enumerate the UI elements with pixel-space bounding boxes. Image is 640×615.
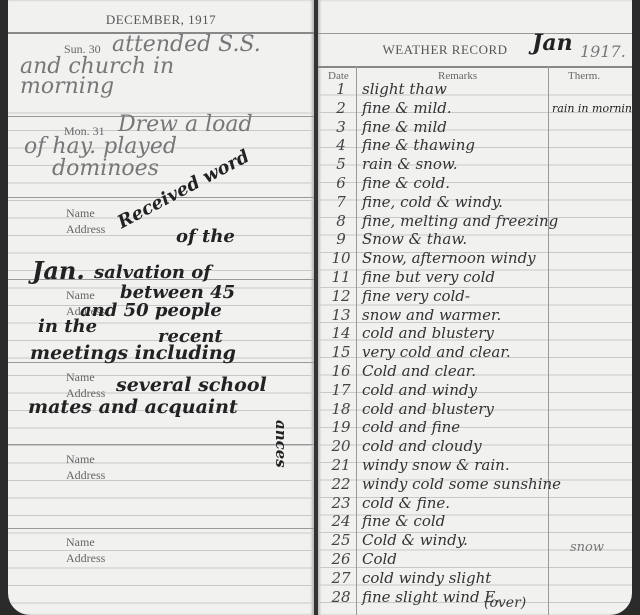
weather-remarks: fine & cold.: [362, 174, 450, 192]
weather-date: 20: [330, 437, 352, 455]
weather-row: 24fine & cold: [318, 512, 632, 530]
weather-date: 6: [330, 174, 352, 192]
weather-row: 14cold and blustery: [318, 324, 632, 342]
note-line: salvation of: [94, 262, 211, 283]
weather-date: 27: [330, 569, 352, 587]
weather-remarks: fine but very cold: [362, 268, 495, 286]
over-note: (over): [484, 595, 526, 611]
weather-row: 16Cold and clear.: [318, 362, 632, 380]
name-label: Name: [66, 370, 95, 385]
weather-remarks: Snow & thaw.: [362, 230, 467, 248]
weather-row: 28fine slight wind E.: [318, 588, 632, 606]
weather-remarks: cold and fine: [362, 418, 460, 436]
weather-row: 21windy snow & rain.: [318, 456, 632, 474]
weather-date: 3: [330, 118, 352, 136]
weather-date: 15: [330, 343, 352, 361]
weather-remarks: fine & cold: [362, 512, 445, 530]
left-page: DECEMBER, 1917 Sun. 30 attended S.S. and…: [8, 0, 314, 615]
separator: [8, 528, 314, 529]
weather-row: 4fine & thawing: [318, 136, 632, 154]
note-line: of the: [176, 226, 235, 247]
weather-row: 18cold and blustery: [318, 400, 632, 418]
note-line: mates and acquaint: [28, 396, 238, 418]
note-line: meetings including: [30, 342, 236, 364]
weather-row: 1slight thaw: [318, 80, 632, 98]
therm-note: rain in morning: [552, 102, 632, 115]
weather-date: 12: [330, 287, 352, 305]
weather-remarks: cold and blustery: [362, 324, 494, 342]
weather-row: 5rain & snow.: [318, 155, 632, 173]
address-label: Address: [66, 222, 105, 237]
weather-remarks: cold & fine.: [362, 494, 450, 512]
weather-row: 17cold and windy: [318, 381, 632, 399]
weather-date: 9: [330, 230, 352, 248]
separator: [318, 33, 632, 34]
weather-remarks: Cold & windy.: [362, 531, 468, 549]
weather-remarks: fine & mild: [362, 118, 447, 136]
weather-date: 22: [330, 475, 352, 493]
weather-date: 16: [330, 362, 352, 380]
weather-row: 13snow and warmer.: [318, 306, 632, 324]
weather-remarks: fine & thawing: [362, 136, 475, 154]
weather-row: 10Snow, afternoon windy: [318, 249, 632, 267]
entry-line: morning: [20, 74, 114, 99]
weather-remarks: windy cold some sunshine: [362, 475, 561, 493]
weather-row: 23cold & fine.: [318, 494, 632, 512]
weather-remarks: rain & snow.: [362, 155, 458, 173]
weather-date: 26: [330, 550, 352, 568]
weather-row: 22windy cold some sunshine: [318, 475, 632, 493]
margin-note-label: Jan.: [32, 256, 85, 285]
weather-row: 6fine & cold.: [318, 174, 632, 192]
handwritten-year: 1917.: [580, 42, 626, 61]
right-page: WEATHER RECORD Jan 1917. Date Remarks Th…: [318, 0, 632, 615]
weather-remarks: cold windy slight: [362, 569, 491, 587]
weather-date: 7: [330, 193, 352, 211]
weather-date: 8: [330, 212, 352, 230]
extra-note: snow: [570, 540, 604, 555]
weather-remarks: Cold and clear.: [362, 362, 476, 380]
weather-date: 17: [330, 381, 352, 399]
weather-row: 27cold windy slight: [318, 569, 632, 587]
handwritten-month: Jan: [532, 30, 573, 56]
weather-date: 4: [330, 136, 352, 154]
name-label: Name: [66, 206, 95, 221]
weather-row: 12fine very cold-: [318, 287, 632, 305]
weather-remarks: Cold: [362, 550, 397, 568]
weather-remarks: fine, cold & windy.: [362, 193, 503, 211]
note-line: ances: [272, 420, 290, 468]
name-label: Name: [66, 452, 95, 467]
weather-remarks: fine slight wind E.: [362, 588, 500, 606]
weather-row: 19cold and fine: [318, 418, 632, 436]
note-line: in the: [38, 316, 97, 337]
weather-row: 8fine, melting and freezing: [318, 212, 632, 230]
address-label: Address: [66, 551, 105, 566]
weather-row: 3fine & mild: [318, 118, 632, 136]
weather-remarks: fine & mild.: [362, 99, 452, 117]
weather-row: 9Snow & thaw.: [318, 230, 632, 248]
weather-remarks: snow and warmer.: [362, 306, 501, 324]
note-line: and 50 people: [80, 300, 222, 321]
weather-remarks: windy snow & rain.: [362, 456, 510, 474]
weather-date: 18: [330, 400, 352, 418]
weather-date: 23: [330, 494, 352, 512]
weather-remarks: fine very cold-: [362, 287, 470, 305]
weather-row: 11fine but very cold: [318, 268, 632, 286]
weather-date: 25: [330, 531, 352, 549]
entry-line: dominoes: [52, 156, 159, 181]
weather-date: 2: [330, 99, 352, 117]
address-label: Address: [66, 468, 105, 483]
weather-date: 19: [330, 418, 352, 436]
weather-date: 24: [330, 512, 352, 530]
weather-remarks: Snow, afternoon windy: [362, 249, 536, 267]
weather-remarks: fine, melting and freezing: [362, 212, 558, 230]
weather-remarks: very cold and clear.: [362, 343, 511, 361]
name-label: Name: [66, 535, 95, 550]
weather-date: 10: [330, 249, 352, 267]
weather-row: 7fine, cold & windy.: [318, 193, 632, 211]
weather-row: 20cold and cloudy: [318, 437, 632, 455]
weather-remarks: cold and cloudy: [362, 437, 482, 455]
weather-date: 21: [330, 456, 352, 474]
left-page-header: DECEMBER, 1917: [8, 12, 314, 28]
weather-date: 14: [330, 324, 352, 342]
weather-date: 5: [330, 155, 352, 173]
weather-date: 13: [330, 306, 352, 324]
separator: [318, 66, 632, 68]
weather-date: 1: [330, 80, 352, 98]
weather-remarks: slight thaw: [362, 80, 447, 98]
note-line: several school: [116, 374, 267, 396]
weather-remarks: cold and windy: [362, 381, 477, 399]
weather-remarks: cold and blustery: [362, 400, 494, 418]
weather-date: 28: [330, 588, 352, 606]
weather-row: 15very cold and clear.: [318, 343, 632, 361]
weather-date: 11: [330, 268, 352, 286]
separator: [8, 444, 314, 445]
